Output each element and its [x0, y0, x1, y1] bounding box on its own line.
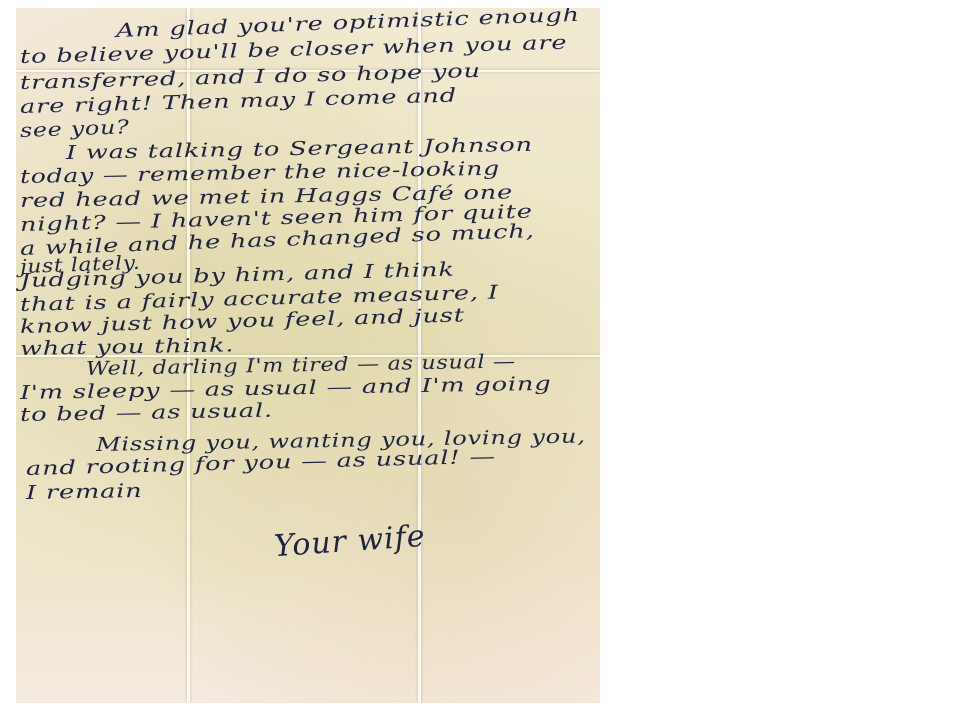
letter-page: Am glad you're optimistic enoughto belie…	[16, 8, 600, 703]
letter-line: I remain	[26, 480, 143, 504]
signature: Your wife	[273, 519, 427, 564]
letter-line: see you?	[20, 116, 130, 142]
letter-line: to believe you'll be closer when you are	[20, 32, 568, 68]
letter-line: to bed — as usual.	[20, 400, 273, 426]
